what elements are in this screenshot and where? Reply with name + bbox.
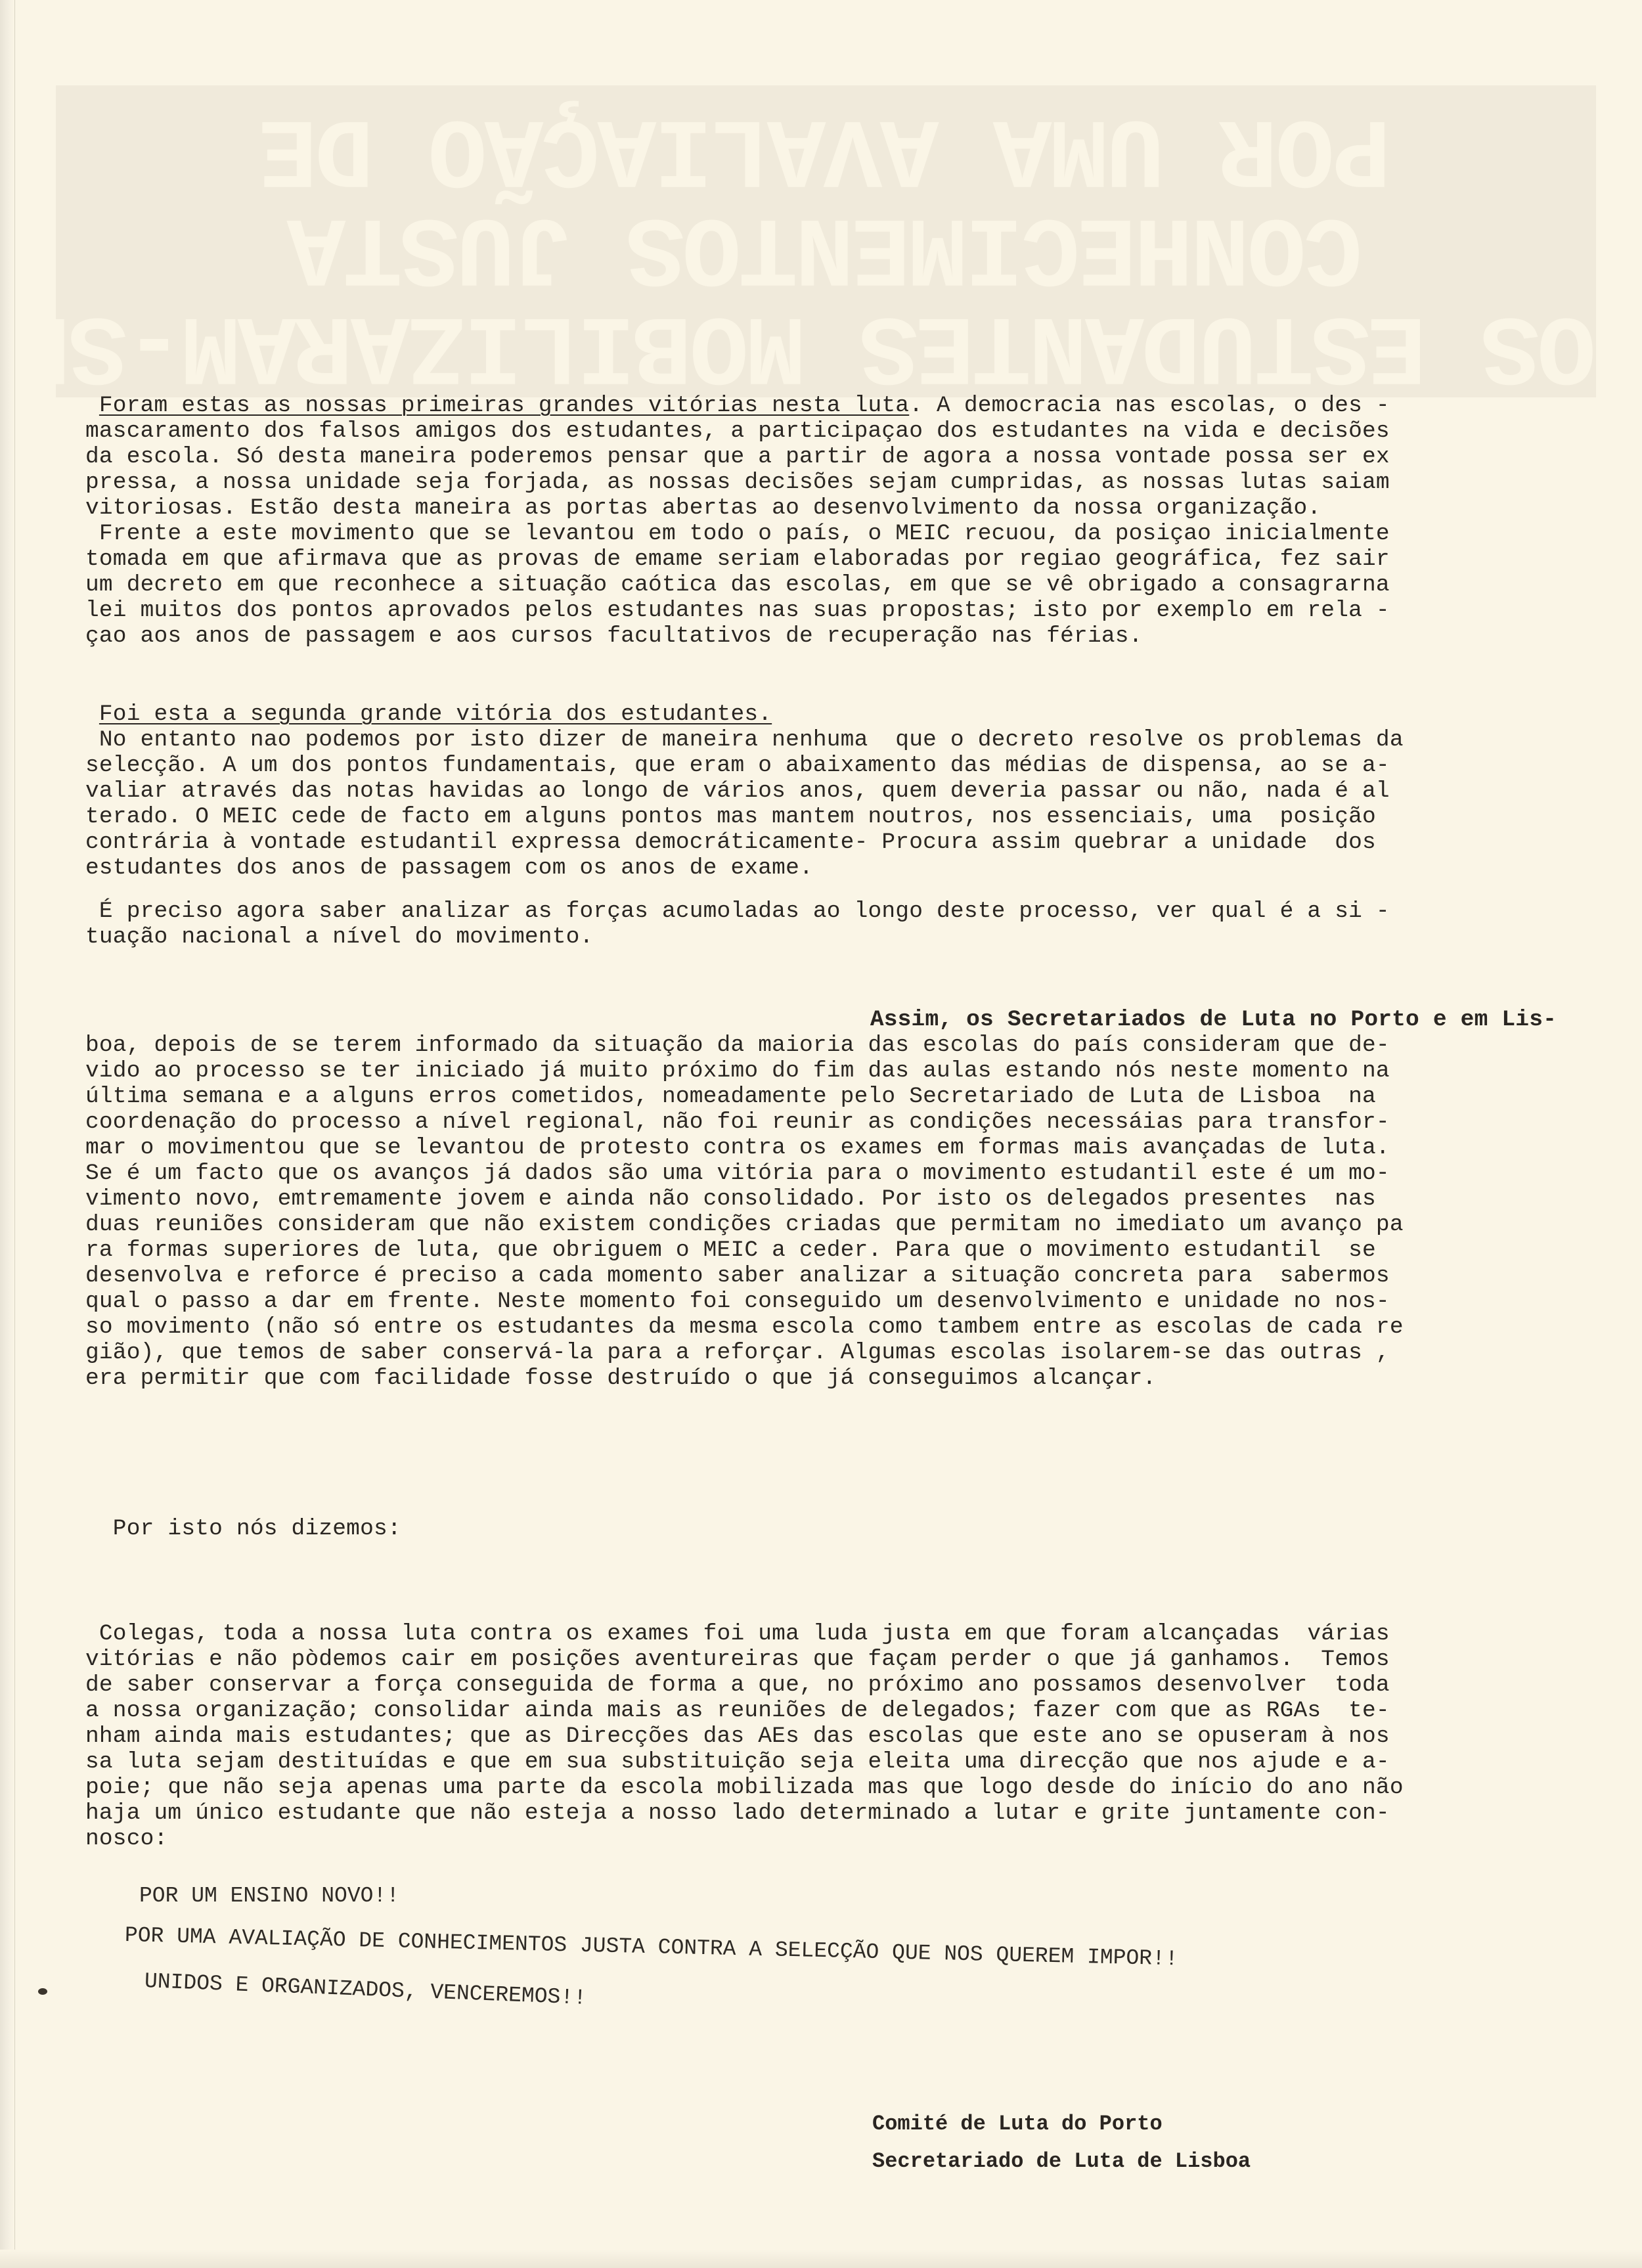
text-line: Foram estas as nossas primeiras grandes … — [85, 393, 1596, 418]
bold-lead: Assim, os Secretariados de Luta no Porto… — [870, 1007, 1557, 1033]
text-line: Foi esta a segunda grande vitória dos es… — [85, 701, 1596, 727]
text-line: da escola. Só desta maneira poderemos pe… — [85, 444, 1596, 470]
paragraph-first-victories: Foram estas as nossas primeiras grandes … — [85, 393, 1596, 649]
text-line: boa, depois de se terem informado da sit… — [85, 1033, 1596, 1058]
text-line: Assim, os Secretariados de Luta no Porto… — [85, 1007, 1576, 1033]
text-line: É preciso agora saber analizar as forças… — [85, 899, 1596, 924]
bleed-through-header: OS ESTUDANTES MOBILIZARAM-SE CONHECIMENT… — [56, 99, 1596, 394]
text-line: No entanto nao podemos por isto dizer de… — [85, 727, 1596, 753]
text-line: mar o movimentou que se levantou de prot… — [85, 1135, 1596, 1161]
text-line: sa luta sejam destituídas e que em sua s… — [85, 1749, 1596, 1775]
text-line: pressa, a nossa unidade seja forjada, as… — [85, 470, 1596, 495]
text-line: a nossa organização; consolidar ainda ma… — [85, 1698, 1596, 1723]
text-line: duas reuniões consideram que não existem… — [85, 1212, 1596, 1237]
slogan: UNIDOS E ORGANIZADOS, VENCEREMOS!! — [144, 1969, 587, 2011]
text-line: Por isto nós dizemos: — [85, 1516, 1596, 1542]
scan-page-edge-bottom — [0, 2250, 1642, 2268]
text-line: valiar através das notas havidas ao long… — [85, 778, 1596, 804]
bleed-through-line: CONHECIMENTOS JUSTA — [56, 197, 1596, 296]
signatory: Comité de Luta do Porto — [872, 2105, 1251, 2143]
text-line: selecção. A um dos pontos fundamentais, … — [85, 753, 1596, 778]
text-line: poie; que não seja apenas uma parte da e… — [85, 1775, 1596, 1800]
paragraph-secretariats: Assim, os Secretariados de Luta no Porto… — [85, 1007, 1596, 1391]
bleed-through-line: OS ESTUDANTES MOBILIZARAM-SE — [56, 296, 1596, 394]
text-line: mascaramento dos falsos amigos dos estud… — [85, 418, 1596, 444]
underlined-heading: Foi esta a segunda grande vitória dos es… — [99, 701, 772, 727]
paragraph-analysis: É preciso agora saber analizar as forças… — [85, 899, 1596, 950]
text-line: çao aos anos de passagem e aos cursos fa… — [85, 623, 1596, 649]
text-line: vimento novo, emtremamente jovem e ainda… — [85, 1186, 1596, 1212]
text-line: terado. O MEIC cede de facto em alguns p… — [85, 804, 1596, 830]
text-line: so movimento (não só entre os estudantes… — [85, 1314, 1596, 1340]
ink-speck — [38, 1988, 47, 1995]
text-line: Colegas, toda a nossa luta contra os exa… — [85, 1621, 1596, 1647]
text-line: vitoriosas. Estão desta maneira as porta… — [85, 495, 1596, 521]
underlined-heading: Foram estas as nossas primeiras grandes … — [99, 393, 909, 418]
text-line: Frente a este movimento que se levantou … — [85, 521, 1596, 546]
slogan: POR UM ENSINO NOVO!! — [139, 1884, 399, 1908]
text-line: um decreto em que reconhece a situação c… — [85, 572, 1596, 598]
text-line: vido ao processo se ter iniciado já muit… — [85, 1058, 1596, 1084]
text-line: estudantes dos anos de passagem com os a… — [85, 855, 1596, 881]
text-line: gião), que temos de saber conservá-la pa… — [85, 1340, 1596, 1366]
text-line: tomada em que afirmava que as provas de … — [85, 546, 1596, 572]
text-line: nosco: — [85, 1826, 1596, 1852]
signatory: Secretariado de Luta de Lisboa — [872, 2143, 1251, 2180]
text-line: vitórias e não pòdemos cair em posições … — [85, 1647, 1596, 1672]
text-line: nham ainda mais estudantes; que as Direc… — [85, 1723, 1596, 1749]
paragraph-por-isto: Por isto nós dizemos: — [85, 1516, 1596, 1542]
text-line: desenvolva e reforce é preciso a cada mo… — [85, 1263, 1596, 1289]
paragraph-second-victory: Foi esta a segunda grande vitória dos es… — [85, 701, 1596, 881]
text-line: qual o passo a dar em frente. Neste mome… — [85, 1289, 1596, 1314]
text-line: Se é um facto que os avanços já dados sã… — [85, 1161, 1596, 1186]
text-line: ra formas superiores de luta, que obrigu… — [85, 1237, 1596, 1263]
text-line: lei muitos dos pontos aprovados pelos es… — [85, 598, 1596, 623]
slogan: POR UMA AVALIAÇÃO DE CONHECIMENTOS JUSTA… — [125, 1923, 1178, 1971]
signatories: Comité de Luta do Porto Secretariado de … — [872, 2105, 1251, 2180]
paragraph-colegas: Colegas, toda a nossa luta contra os exa… — [85, 1621, 1596, 1852]
text-line: coordenação do processo a nível regional… — [85, 1109, 1596, 1135]
scan-page-edge — [0, 0, 15, 2268]
text-line: era permitir que com facilidade fosse de… — [85, 1366, 1596, 1391]
text-line: de saber conservar a força conseguida de… — [85, 1672, 1596, 1698]
text-line: tuação nacional a nível do movimento. — [85, 924, 1596, 950]
text-line: última semana e a alguns erros cometidos… — [85, 1084, 1596, 1109]
text-line: haja um único estudante que não esteja a… — [85, 1800, 1596, 1826]
bleed-through-line: POR UMA AVALIAÇÃO DE — [56, 99, 1596, 197]
text-line: contrária à vontade estudantil expressa … — [85, 830, 1596, 855]
